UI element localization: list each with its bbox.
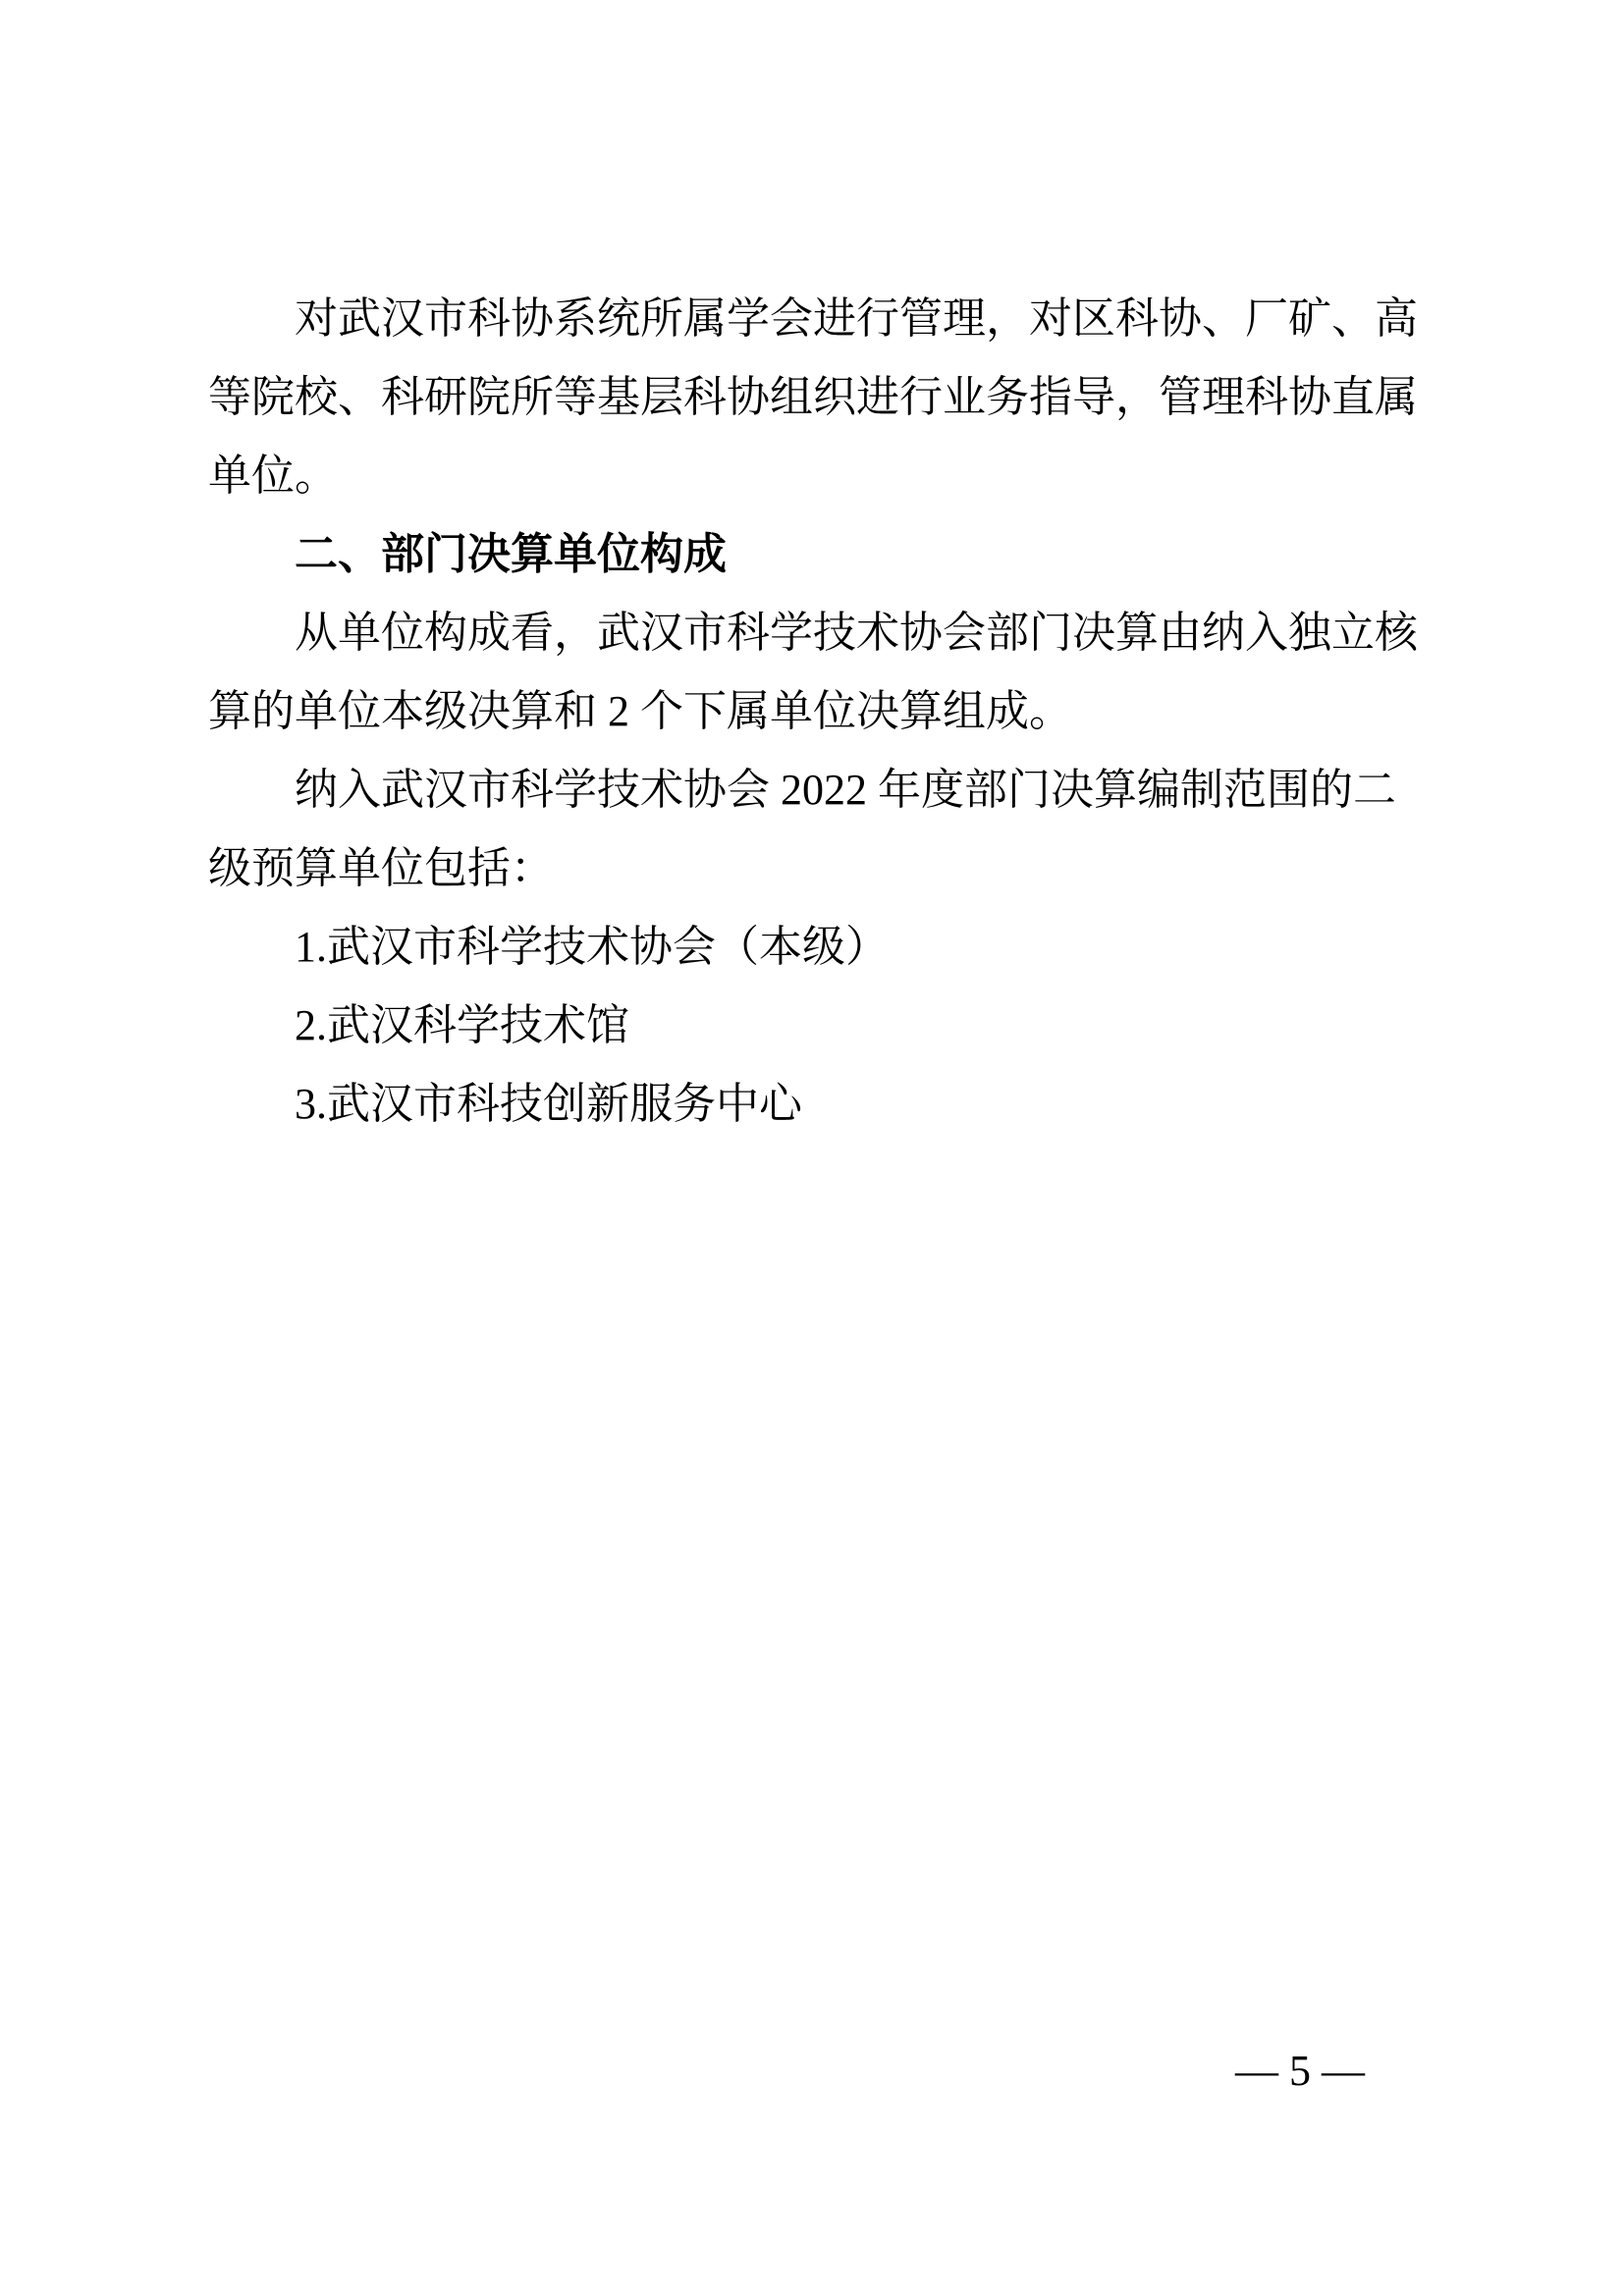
para1-line2: 等院校、科研院所等基层科协组织进行业务指导，管理科协直属 [208, 358, 1426, 437]
document-page: 对武汉市科协系统所属学会进行管理，对区科协、厂矿、高 等院校、科研院所等基层科协… [0, 0, 1624, 2296]
para2-line2: 算的单位本级决算和 2 个下属单位决算组成。 [208, 672, 1426, 751]
list-item-3: 3.武汉市科技创新服务中心 [208, 1065, 1426, 1144]
para3-line1: 纳入武汉市科学技术协会 2022 年度部门决算编制范围的二 [208, 751, 1426, 829]
document-body: 对武汉市科协系统所属学会进行管理，对区科协、厂矿、高 等院校、科研院所等基层科协… [208, 280, 1426, 1144]
para1-line1: 对武汉市科协系统所属学会进行管理，对区科协、厂矿、高 [208, 280, 1426, 358]
para3-line2: 级预算单位包括： [208, 829, 1426, 908]
page-number: — 5 — [1235, 2048, 1365, 2095]
list-item-2: 2.武汉科学技术馆 [208, 987, 1426, 1065]
list-item-1: 1.武汉市科学技术协会（本级） [208, 908, 1426, 987]
para1-line3: 单位。 [208, 437, 1426, 515]
para2-line1: 从单位构成看，武汉市科学技术协会部门决算由纳入独立核 [208, 594, 1426, 672]
section-heading: 二、部门决算单位构成 [208, 515, 1426, 594]
